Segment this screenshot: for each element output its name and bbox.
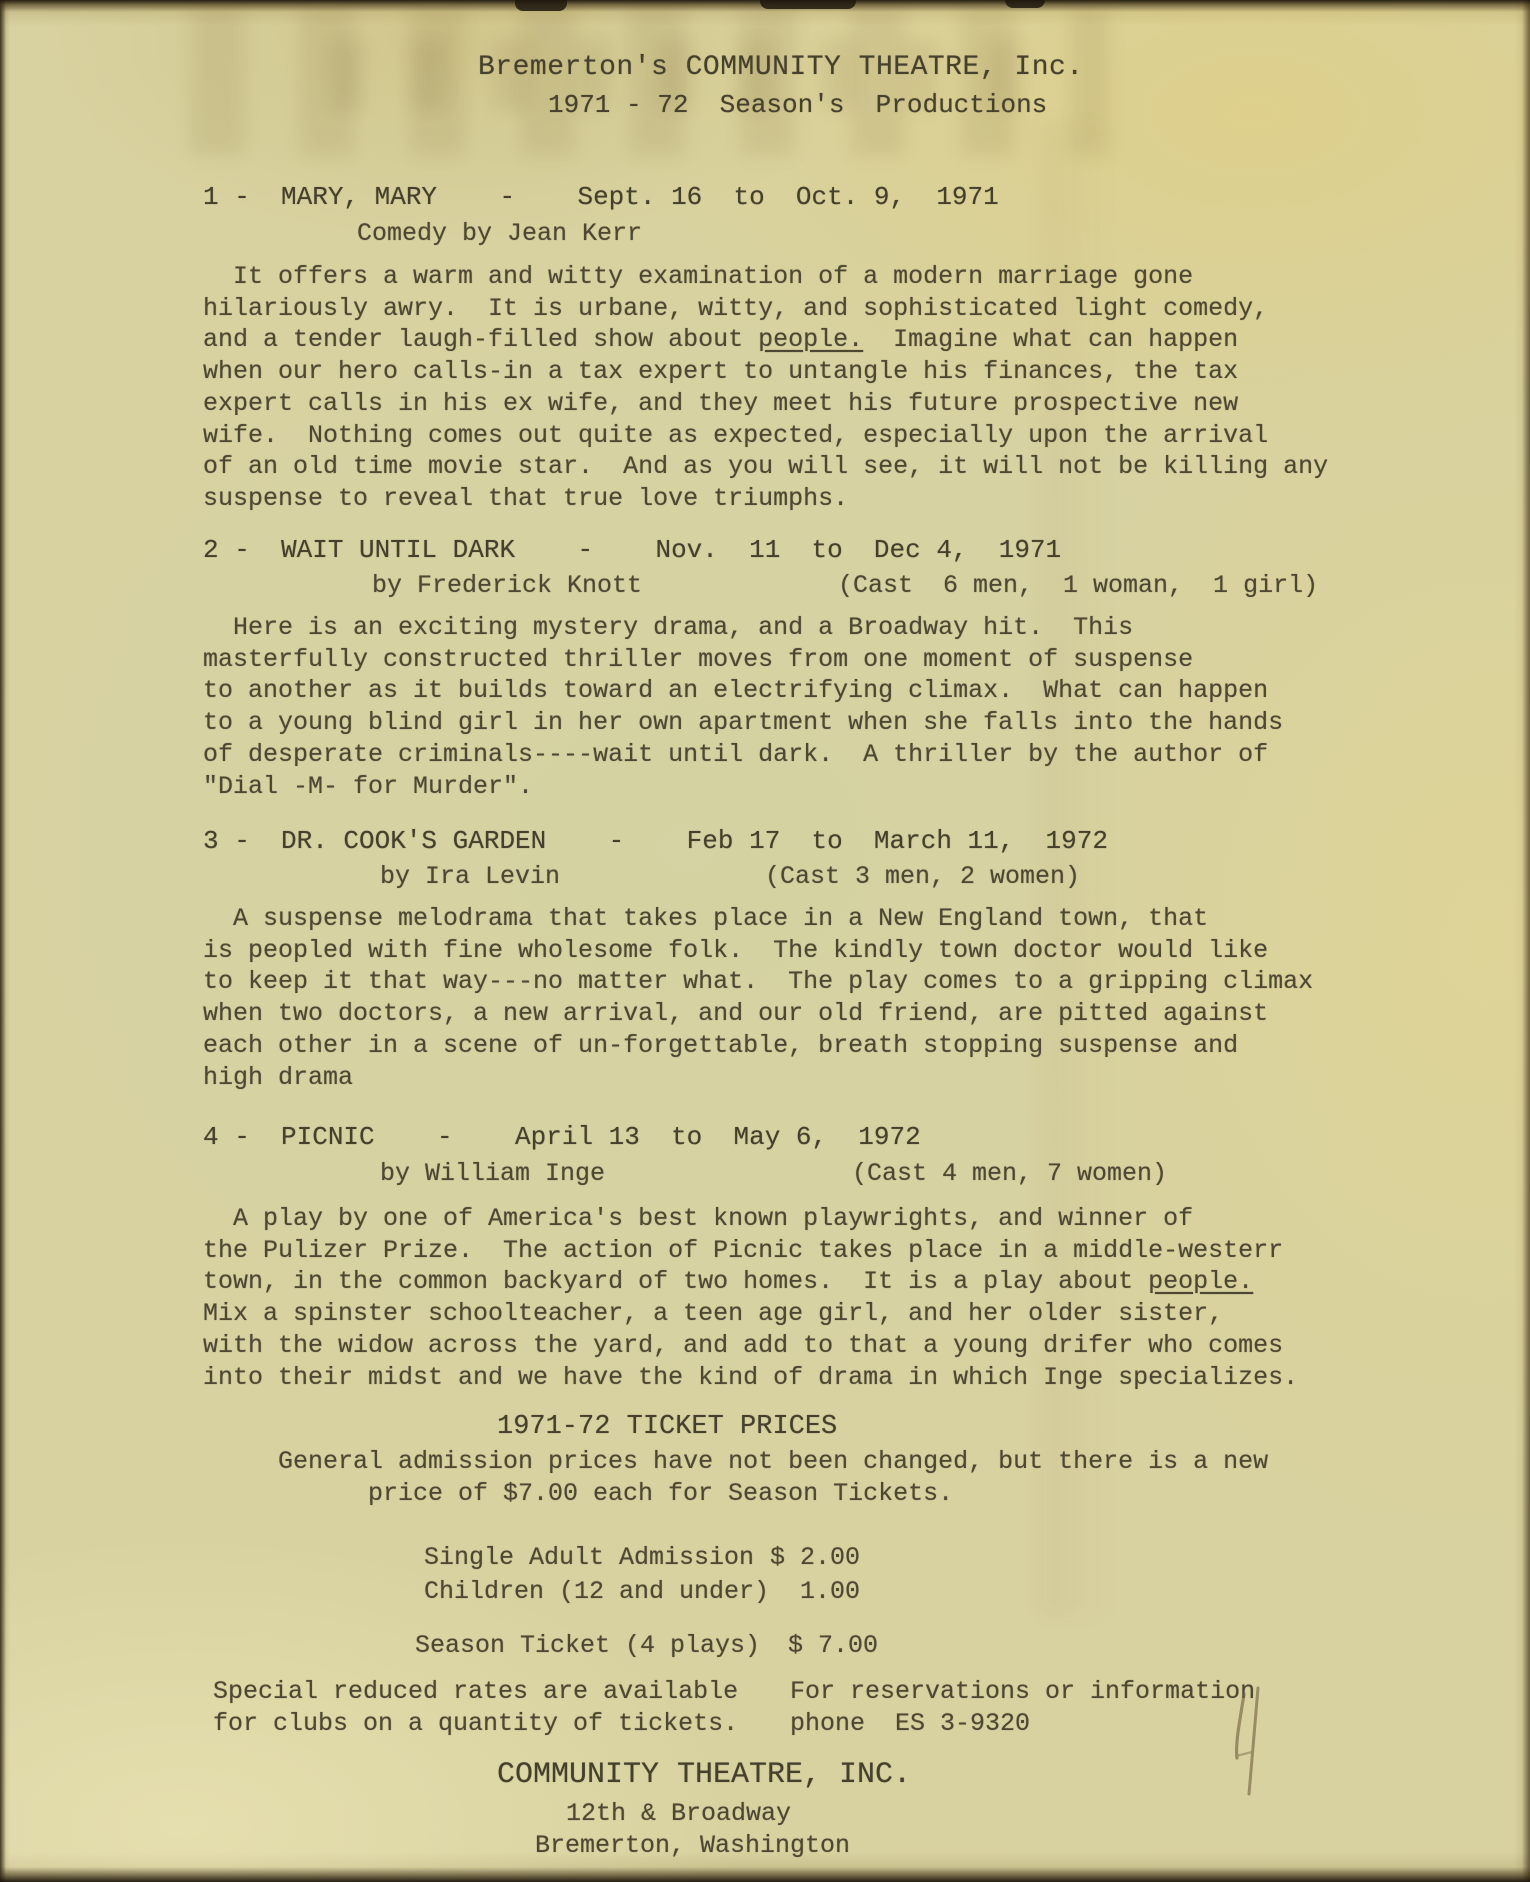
footer-street-address: 12th & Broadway [566,1798,791,1830]
text-line: of an old time movie star. And as you wi… [203,451,1328,483]
ticket-prices-heading: 1971-72 TICKET PRICES [497,1412,837,1444]
production-1-description: It offers a warm and witty examination o… [203,261,1328,515]
document-title: Bremerton's COMMUNITY THEATRE, Inc. [478,52,1084,84]
production-2-byline: by Frederick Knott [372,570,642,602]
footer-city-state: Bremerton, Washington [535,1830,850,1862]
production-3-heading: 3 - DR. COOK'S GARDEN - Feb 17 to March … [203,826,1108,858]
scan-edge-artifact [1005,0,1045,8]
document-subtitle: 1971 - 72 Season's Productions [548,90,1047,122]
text-line: when two doctors, a new arrival, and our… [203,998,1313,1030]
text-line: It offers a warm and witty examination o… [203,261,1328,293]
text-line: to another as it builds toward an electr… [203,675,1283,707]
text-line: wife. Nothing comes out quite as expecte… [203,420,1328,452]
text-line: suspense to reveal that true love triump… [203,483,1328,515]
text-line: high drama [203,1062,1313,1094]
production-2-description: Here is an exciting mystery drama, and a… [203,612,1283,802]
reservations-note: For reservations or informationphone ES … [790,1676,1255,1739]
footer-theatre-name: COMMUNITY THEATRE, INC. [497,1760,911,1792]
text-line: of desperate criminals----wait until dar… [203,739,1283,771]
scanned-document-page: Bremerton's COMMUNITY THEATRE, Inc. 1971… [0,0,1530,1882]
text-line: hilariously awry. It is urbane, witty, a… [203,293,1328,325]
production-3-cast: (Cast 3 men, 2 women) [765,861,1080,893]
text-line: the Pulizer Prize. The action of Picnic … [203,1235,1298,1267]
text-line: "Dial -M- for Murder". [203,771,1283,803]
text-line: Here is an exciting mystery drama, and a… [203,612,1283,644]
text-line: For reservations or information [790,1676,1255,1708]
ticket-prices-intro-line2: price of $7.00 each for Season Tickets. [368,1478,953,1510]
text-line: A play by one of America's best known pl… [203,1203,1298,1235]
text-line: Special reduced rates are available [213,1676,738,1708]
ticket-prices-intro-line1: General admission prices have not been c… [278,1446,1268,1478]
production-1-heading: 1 - MARY, MARY - Sept. 16 to Oct. 9, 197… [203,182,999,214]
price-row-value: $ 2.00 [770,1542,860,1574]
text-line: phone ES 3-9320 [790,1708,1255,1740]
price-row-value: 1.00 [800,1576,860,1608]
text-line: Mix a spinster schoolteacher, a teen age… [203,1298,1298,1330]
scan-edge-artifact [760,0,856,9]
production-2-heading: 2 - WAIT UNTIL DARK - Nov. 11 to Dec 4, … [203,535,1061,567]
text-line: to a young blind girl in her own apartme… [203,707,1283,739]
price-row-label: Season Ticket (4 plays) [415,1630,760,1662]
production-4-heading: 4 - PICNIC - April 13 to May 6, 1972 [203,1122,921,1154]
scan-edge-artifact [515,0,567,11]
text-line: A suspense melodrama that takes place in… [203,903,1313,935]
text-line: town, in the common backyard of two home… [203,1266,1298,1298]
production-3-byline: by Ira Levin [380,861,560,893]
text-line: to keep it that way---no matter what. Th… [203,966,1313,998]
production-4-cast: (Cast 4 men, 7 women) [852,1158,1167,1190]
text-line: masterfully constructed thriller moves f… [203,644,1283,676]
production-3-description: A suspense melodrama that takes place in… [203,903,1313,1093]
price-row-value: $ 7.00 [788,1630,878,1662]
text-line: with the widow across the yard, and add … [203,1330,1298,1362]
text-line: when our hero calls-in a tax expert to u… [203,356,1328,388]
reduced-rates-note: Special reduced rates are availablefor c… [213,1676,738,1739]
text-line: into their midst and we have the kind of… [203,1362,1298,1394]
text-line: and a tender laugh-filled show about peo… [203,324,1328,356]
production-1-byline: Comedy by Jean Kerr [357,218,642,250]
text-line: each other in a scene of un-forgettable,… [203,1030,1313,1062]
production-4-description: A play by one of America's best known pl… [203,1203,1298,1393]
text-line: expert calls in his ex wife, and they me… [203,388,1328,420]
production-2-cast: (Cast 6 men, 1 woman, 1 girl) [838,570,1318,602]
text-line: for clubs on a quantity of tickets. [213,1708,738,1740]
text-line: is peopled with fine wholesome folk. The… [203,935,1313,967]
price-row-label: Single Adult Admission [424,1542,754,1574]
handwritten-pencil-mark [1222,1682,1286,1806]
price-row-label: Children (12 and under) [424,1576,769,1608]
production-4-byline: by William Inge [380,1158,605,1190]
